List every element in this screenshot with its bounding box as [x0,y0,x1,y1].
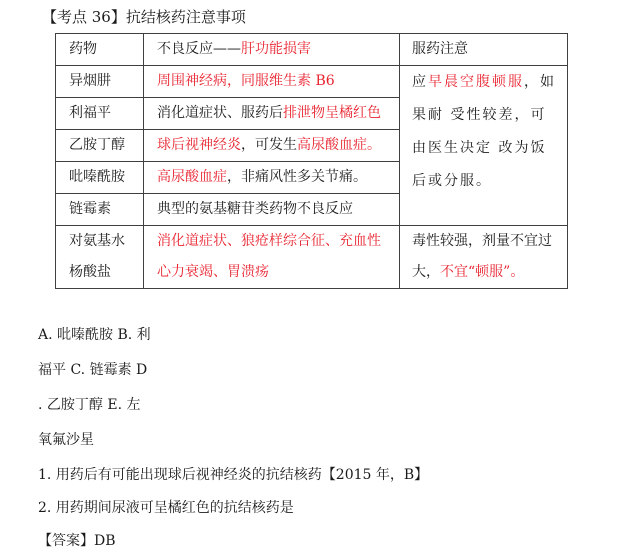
reaction-cell: 球后视神经炎，可发生高尿酸血症。 [144,130,400,162]
reaction-red: 球后视神经炎 [157,137,241,153]
reaction-red: 周围神经病，同服维生素 B6 [157,73,335,89]
table-header-row: 药物 不良反应——肝功能损害 服药注意 [56,34,568,66]
drug-line-1: 对氨基水 [69,226,143,257]
drug-cell: 吡嗪酰胺 [56,162,144,194]
answer: 【答案】DB [38,530,116,550]
note-cell: 毒性较强，剂量不宜过大，不宜“顿服”。 [400,226,568,289]
reaction-mid: ，可发生 [241,137,297,153]
reaction-cell: 高尿酸血症，非痛风性多关节痛。 [144,162,400,194]
header-reaction-prefix: 不良反应—— [157,41,241,57]
reaction-red: 排泄物呈橘红色 [283,105,381,121]
drug-cell: 链霉素 [56,194,144,226]
drug-cell: 异烟肼 [56,66,144,98]
table-row: 对氨基水杨酸盐 消化道症状、狼疮样综合征、充血性心力衰竭、胃溃疡 毒性较强，剂量… [56,226,568,289]
question-2: 2. 用药期间尿液可呈橘红色的抗结核药是 [38,497,294,517]
section-title: 【考点 36】抗结核药注意事项 [42,6,246,27]
reaction-red: 高尿酸血症 [157,169,227,185]
option-line-4: 氧氟沙星 [38,429,94,449]
reaction-line-1: 消化道症状、狼疮样综合征、充血性 [157,226,399,257]
note-line-2: 大，不宜“顿服”。 [412,257,559,288]
question-1: 1. 用药后有可能出现球后视神经炎的抗结核药【2015 年，B】 [38,464,428,484]
reaction-tail: ，非痛风性多关节痛。 [227,169,367,185]
reaction-red-2: 高尿酸血症。 [297,137,381,153]
reaction-cell: 周围神经病，同服维生素 B6 [144,66,400,98]
drug-line-2: 杨酸盐 [69,257,143,288]
header-note: 服药注意 [400,34,568,66]
reaction-cell: 典型的氨基糖苷类药物不良反应 [144,194,400,226]
tb-drug-table: 药物 不良反应——肝功能损害 服药注意 异烟肼 周围神经病，同服维生素 B6 应… [55,33,568,289]
header-drug: 药物 [56,34,144,66]
drug-cell: 乙胺丁醇 [56,130,144,162]
reaction-black: 消化道症状、服药后 [157,105,283,121]
drug-cell: 利福平 [56,98,144,130]
option-line-3: . 乙胺丁醇 E. 左 [38,394,140,414]
shared-note-cell: 应早晨空腹顿服，如果耐 受性较差，可由医生决定 改为饭后或分服。 [400,66,568,226]
note-line-1: 毒性较强，剂量不宜过 [412,226,559,257]
header-reaction: 不良反应——肝功能损害 [144,34,400,66]
note-line-2-red: 不宜“顿服”。 [440,264,524,280]
option-line-2: 福平 C. 链霉素 D [38,359,147,379]
note-pre: 应 [412,74,428,90]
note-post: ，如果耐 受性较差，可由医生决定 改为饭后或分服。 [412,74,556,189]
reaction-line-2: 心力衰竭、胃溃疡 [157,257,399,288]
note-line-2-black: 大， [412,264,440,280]
drug-cell: 对氨基水杨酸盐 [56,226,144,289]
option-line-1: A. 吡嗪酰胺 B. 利 [38,324,151,344]
note-red: 早晨空腹顿服 [428,74,524,90]
reaction-cell: 消化道症状、服药后排泄物呈橘红色 [144,98,400,130]
header-reaction-red: 肝功能损害 [241,41,311,57]
reaction-cell: 消化道症状、狼疮样综合征、充血性心力衰竭、胃溃疡 [144,226,400,289]
table-row: 异烟肼 周围神经病，同服维生素 B6 应早晨空腹顿服，如果耐 受性较差，可由医生… [56,66,568,98]
